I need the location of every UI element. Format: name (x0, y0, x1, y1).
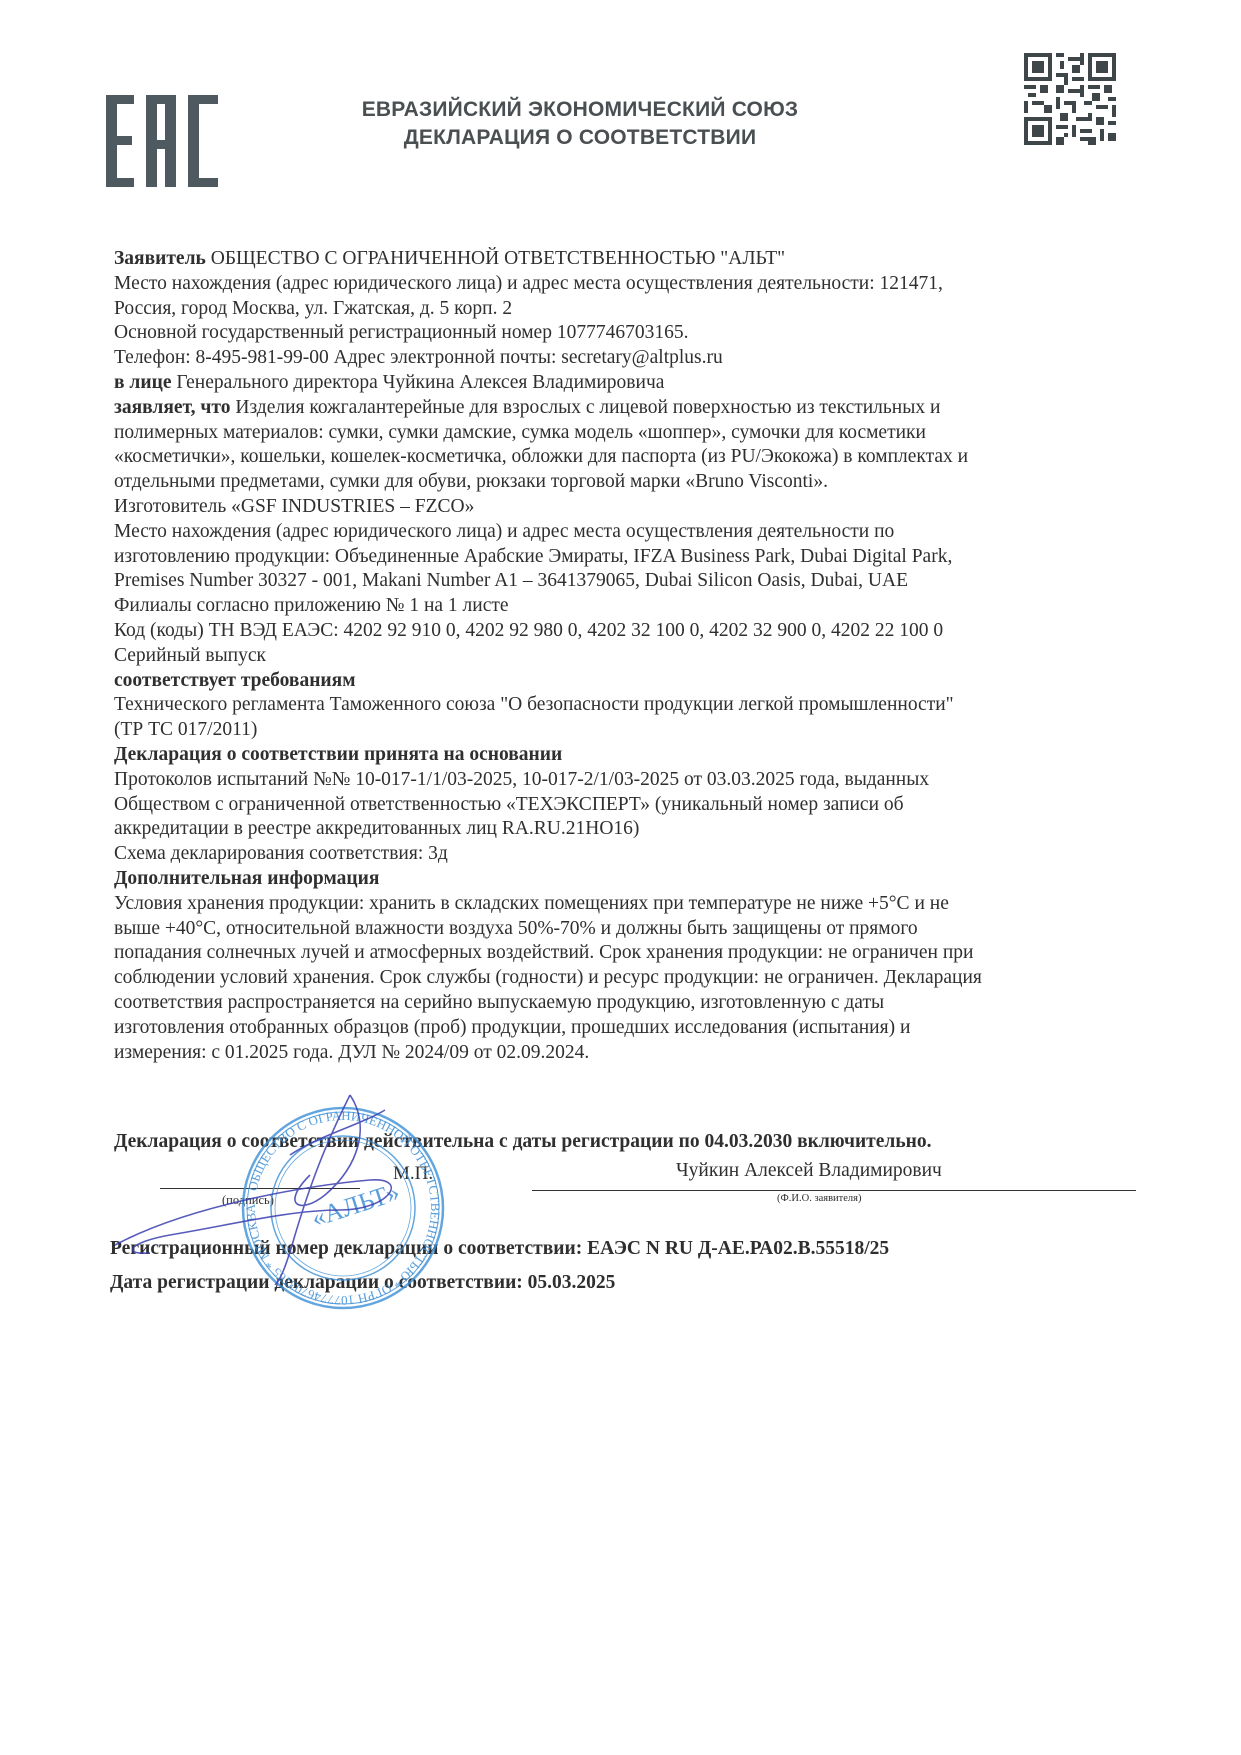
applicant-address-1: Место нахождения (адрес юридического лиц… (114, 272, 1144, 297)
signature-line (160, 1188, 360, 1189)
eac-logo (106, 95, 218, 187)
applicant-ogrn: Основной государственный регистрационный… (114, 321, 1144, 346)
manufacturer-address-2: изготовлению продукции: Объединенные Ара… (114, 545, 1144, 570)
compliance-line-2: (ТР ТС 017/2011) (114, 718, 1144, 743)
additional-line-2: выше +40°С, относительной влажности возд… (114, 917, 1144, 942)
represented-by: Генерального директора Чуйкина Алексея В… (176, 372, 664, 393)
declares-line: заявляет, что Изделия кожгалантерейные д… (114, 396, 1144, 421)
product-line-1: Изделия кожгалантерейные для взрослых с … (235, 397, 940, 418)
signer-name: Чуйкин Алексей Владимирович (676, 1160, 942, 1182)
manufacturer-address-1: Место нахождения (адрес юридического лиц… (114, 520, 1144, 545)
represented-line: в лице Генерального директора Чуйкина Ал… (114, 371, 1144, 396)
basis-heading: Декларация о соответствии принята на осн… (114, 743, 1144, 768)
compliance-heading: соответствует требованиям (114, 669, 1144, 694)
applicant-line: Заявитель ОБЩЕСТВО С ОГРАНИЧЕННОЙ ОТВЕТС… (114, 247, 1144, 272)
additional-line-3: попадания солнечных лучей и атмосферных … (114, 941, 1144, 966)
validity-statement: Декларация о соответствии действительна … (114, 1130, 932, 1154)
registration-number: Регистрационный номер декларации о соотв… (110, 1238, 889, 1260)
declares-label: заявляет, что (114, 397, 231, 418)
additional-line-1: Условия хранения продукции: хранить в ск… (114, 892, 1144, 917)
declaration-scheme: Схема декларирования соответствия: 3д (114, 842, 1144, 867)
document-header: ЕВРАЗИЙСКИЙ ЭКОНОМИЧЕСКИЙ СОЮЗ ДЕКЛАРАЦИ… (300, 96, 860, 152)
declaration-title: ДЕКЛАРАЦИЯ О СООТВЕТСТВИИ (300, 124, 860, 152)
svg-text:«АЛЬТ»: «АЛЬТ» (308, 1177, 403, 1233)
product-line-3: «косметички», кошельки, кошелек-косметич… (114, 445, 1144, 470)
applicant-contacts: Телефон: 8-495-981-99-00 Адрес электронн… (114, 346, 1144, 371)
manufacturer-address-3: Premises Number 30327 - 001, Makani Numb… (114, 569, 1144, 594)
signature-caption: (подпись) (222, 1193, 274, 1208)
qr-code[interactable] (1024, 53, 1116, 145)
additional-line-4: соблюдении условий хранения. Срок службы… (114, 966, 1144, 991)
additional-heading: Дополнительная информация (114, 867, 1144, 892)
hs-codes: Код (коды) ТН ВЭД ЕАЭС: 4202 92 910 0, 4… (114, 619, 1144, 644)
applicant-label: Заявитель (114, 248, 206, 269)
product-line-4: отдельными предметами, сумки для обуви, … (114, 470, 1144, 495)
additional-line-5: соответствия распространяется на серийно… (114, 991, 1144, 1016)
seal-place-label: М.П. (393, 1163, 433, 1185)
applicant-address-2: Россия, город Москва, ул. Гжатская, д. 5… (114, 297, 1144, 322)
represented-label: в лице (114, 372, 171, 393)
compliance-line-1: Технического регламента Таможенного союз… (114, 693, 1144, 718)
additional-line-6: изготовления отобранных образцов (проб) … (114, 1016, 1144, 1041)
union-title: ЕВРАЗИЙСКИЙ ЭКОНОМИЧЕСКИЙ СОЮЗ (300, 96, 860, 124)
basis-line-3: аккредитации в реестре аккредитованных л… (114, 817, 1144, 842)
basis-line-1: Протоколов испытаний №№ 10-017-1/1/03-20… (114, 768, 1144, 793)
basis-line-2: Обществом с ограниченной ответственность… (114, 793, 1144, 818)
additional-line-7: измерения: с 01.2025 года. ДУЛ № 2024/09… (114, 1041, 1144, 1066)
applicant-name: ОБЩЕСТВО С ОГРАНИЧЕННОЙ ОТВЕТСТВЕННОСТЬЮ… (211, 248, 785, 269)
signer-caption: (Ф.И.О. заявителя) (777, 1193, 862, 1204)
qr-code-icon (1024, 53, 1116, 145)
production-type: Серийный выпуск (114, 644, 1144, 669)
branches: Филиалы согласно приложению № 1 на 1 лис… (114, 594, 1144, 619)
declaration-body: Заявитель ОБЩЕСТВО С ОГРАНИЧЕННОЙ ОТВЕТС… (114, 247, 1144, 1065)
product-line-2: полимерных материалов: сумки, сумки дамс… (114, 421, 1144, 446)
eac-mark-icon (106, 95, 218, 187)
signer-name-line (532, 1190, 1136, 1191)
manufacturer: Изготовитель «GSF INDUSTRIES – FZCO» (114, 495, 1144, 520)
registration-date: Дата регистрации декларации о соответств… (110, 1272, 615, 1294)
